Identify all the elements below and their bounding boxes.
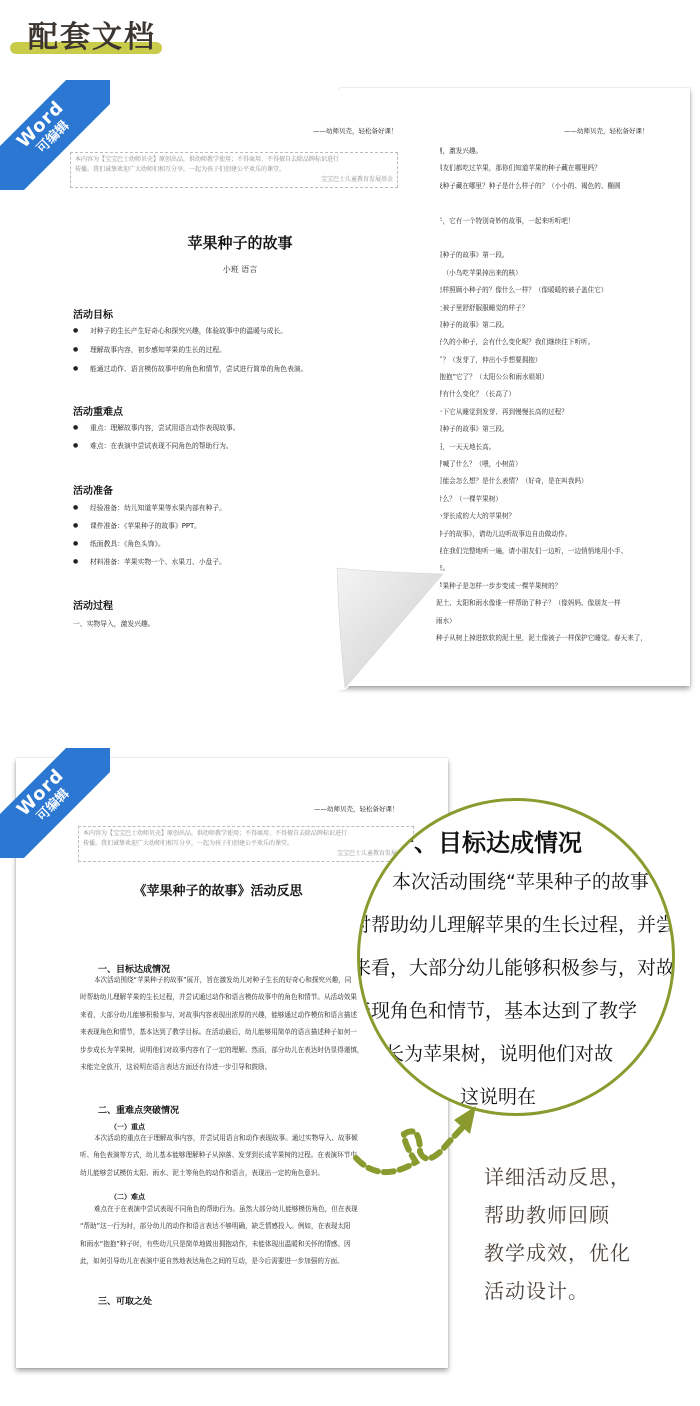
doc-title: 《苹果种子的故事》活动反思 [78, 880, 358, 899]
bullet-item: 能通过动作、语言模仿故事中的角色和情节，尝试进行简单的角色表演。 [90, 364, 308, 374]
bullet-item: 课件准备：《苹果种子的故事》PPT。 [90, 521, 201, 531]
text-line: 找种子藏在哪里？种子是什么样子的？（小小的、褐色的、椭圆 [436, 180, 686, 197]
notice-line: 本内容为【宝宝巴士幼师贝壳】原创出品，供幼师教学使用；不得商用、不得擅自去除品牌… [75, 155, 393, 165]
bullet-item: 经验准备：幼儿知道苹果等水果内部有种子。 [90, 503, 226, 513]
caption-line: 帮助教师回顾 [484, 1196, 631, 1234]
text-line: 好久的小种子，会有什么变化呢？我们继续往下听听。 [436, 336, 686, 353]
page-motto: ——幼师贝壳，轻松备好课！ [314, 804, 399, 813]
section-heading-key-points: 活动重难点 [73, 403, 123, 418]
text-line: 雨水） [436, 615, 686, 632]
magnified-line: 表现角色和情节，基本达到了教学 [357, 990, 675, 1033]
text-line: 来。 [436, 562, 686, 579]
text-line: 怎样照顾小种子的？像什么一样？（像暖暖的被子盖住它） [436, 284, 686, 301]
doc-subtitle: 小班 语言 [110, 264, 370, 275]
bullet-item: 难点：在表演中尝试表现不同角色的帮助行为。 [90, 441, 233, 451]
section-paragraph: 难点在于在表演中尝试表现不同角色的帮助行为。虽然大部分幼儿能够模仿角色，但在表现… [80, 1201, 420, 1271]
dashed-arrow-icon [350, 1100, 490, 1200]
section-heading-key-points: 二、重难点突破情况 [98, 1103, 179, 1116]
magnified-heading: 一、目标达成情况 [357, 825, 675, 861]
text-line: 果种子的故事》第一段。 [436, 249, 686, 266]
section-heading-process: 活动过程 [73, 597, 113, 612]
caption-line: 教学成效，优化 [484, 1234, 631, 1272]
text-line: “抱抱”它了？（太阳公公和雨水姐姐） [436, 371, 686, 388]
bullet-item: 对种子的生长产生好奇心和探究兴趣，体验故事中的温暖与成长。 [90, 326, 287, 336]
text-line: 苹果种子是怎样一步步变成一棵苹果树的？ [436, 580, 686, 597]
text-line: 可能会怎么想？是什么表情？（好奇，是在叫我吗） [436, 475, 686, 492]
magnified-line: 时帮助幼儿理解苹果的生长过程，并尝 [357, 904, 675, 947]
text-line: 泥土、太阳和雨水像谁一样帮助了种子？（像妈妈、像朋友一样 [436, 597, 686, 614]
text-line [436, 232, 686, 249]
magnified-line: 本次活动围绕“苹果种子的故事 [357, 861, 675, 904]
page-motto: ——幼师贝壳，轻松备好课！ [313, 126, 398, 135]
back-page-text: 测，激发兴趣。 朋友们都吃过苹果，那你们知道苹果的种子藏在哪里吗？ 找种子藏在哪… [436, 145, 686, 649]
notice-line: 传播。我们诚挚欢迎广大幼师们相互分享，一起为孩子们创建公平欢乐的课堂。 [75, 165, 393, 175]
text-line: 果种子的故事》第三段。 [436, 423, 686, 440]
text-line: 现在我们完整地听一遍，请小朋友们一边听，一边悄悄地用小手、 [436, 545, 686, 562]
text-line: 什么？（一棵苹果树） [436, 493, 686, 510]
notice-signature: 宝宝巴士儿童教育发展基金 [75, 175, 393, 185]
text-line: 了？（发芽了，伸出小手想要拥抱） [436, 354, 686, 371]
bullet-item: 理解故事内容，初步感知苹果的生长的过程。 [90, 345, 226, 355]
section-header: 配套文档 [8, 14, 168, 58]
magnified-line: 来看，大部分幼儿能够积极参与，对故 [357, 947, 675, 990]
text-line: 一下它从睡觉到发芽、再到慢慢长高的过程？ [436, 406, 686, 423]
text-line: 种子从树上掉进软软的泥土里，泥土像被子一样保护它睡觉。春天来了， [436, 632, 686, 649]
text-line: 子，它有一个特别奇妙的故事，一起来听听吧！ [436, 215, 686, 232]
word-editable-badge: Word 可编辑 [0, 80, 110, 190]
process-step: 一、实物导入，激发兴趣。 [73, 618, 155, 628]
text-line: 此，如何引导幼儿在表演中更自然地表达角色之间的互动，是今后需要进一步加强的方面。 [80, 1253, 420, 1270]
copyright-notice: 本内容为【宝宝巴士幼师贝壳】原创出品，供幼师教学使用；不得商用、不得擅自去除品牌… [70, 152, 398, 188]
magnifier-lens: 一、目标达成情况 本次活动围绕“苹果种子的故事 时帮助幼儿理解苹果的生长过程，并… [357, 798, 675, 1116]
text-line: 土被子里舒舒服服睡觉的样子？ [436, 302, 686, 319]
back-page-motto: ——幼师贝壳，轻松备好课！ [564, 126, 649, 135]
text-line: 朋友们都吃过苹果，那你们知道苹果的种子藏在哪里吗？ [436, 162, 686, 179]
magnified-line: 成长为苹果树，说明他们对故 [357, 1033, 675, 1076]
text-line: 芽喊了什么？（喂，小树苗） [436, 458, 686, 475]
section-heading-preparation: 活动准备 [73, 482, 113, 497]
bullet-item: 重点：理解故事内容，尝试用语言动作表现故事。 [90, 423, 240, 433]
text-line: 芽有什么变化？（长高了） [436, 388, 686, 405]
text-line [436, 197, 686, 214]
caption-line: 详细活动反思， [484, 1158, 631, 1196]
section-heading-goals: 活动目标 [73, 306, 113, 321]
text-line: 种子的故事》，请幼儿边听故事边自由做动作。 [436, 528, 686, 545]
caption-line: 活动设计。 [484, 1272, 631, 1310]
bullet-item: 纸面教具：《角色头饰》。 [90, 539, 165, 549]
text-line: 和雨水“抱抱”种子时，有些幼儿只是简单地做出拥抱动作，未能体现出温暖和关怀的情感… [80, 1236, 420, 1253]
section-heading-strengths: 三、可取之处 [98, 1294, 152, 1307]
doc-title: 苹果种子的故事 [110, 232, 370, 253]
feature-caption: 详细活动反思， 帮助教师回顾 教学成效，优化 活动设计。 [484, 1158, 631, 1310]
page-curl-icon [335, 530, 445, 690]
text-line: 难点在于在表演中尝试表现不同角色的帮助行为。虽然大部分幼儿能够模仿角色，但在表现 [80, 1201, 420, 1218]
header-title: 配套文档 [28, 20, 156, 56]
bullet-item: 材料准备：苹果实物一个、水果刀、小盘子。 [90, 557, 226, 567]
text-line: 小芽长成的大大的苹果树？ [436, 510, 686, 527]
text-line: 测，激发兴趣。 [436, 145, 686, 162]
text-line: “帮助”这一行为时，部分幼儿的动作和语言表达不够明确，缺乏情感投入。例如，在表现… [80, 1218, 420, 1235]
text-line: 果种子的故事》第二段。 [436, 319, 686, 336]
word-editable-badge: Word 可编辑 [0, 748, 110, 858]
text-line: 阳，一天天地长高。 [436, 441, 686, 458]
text-line: ？（小鸟吃苹果掉出来的核） [436, 267, 686, 284]
